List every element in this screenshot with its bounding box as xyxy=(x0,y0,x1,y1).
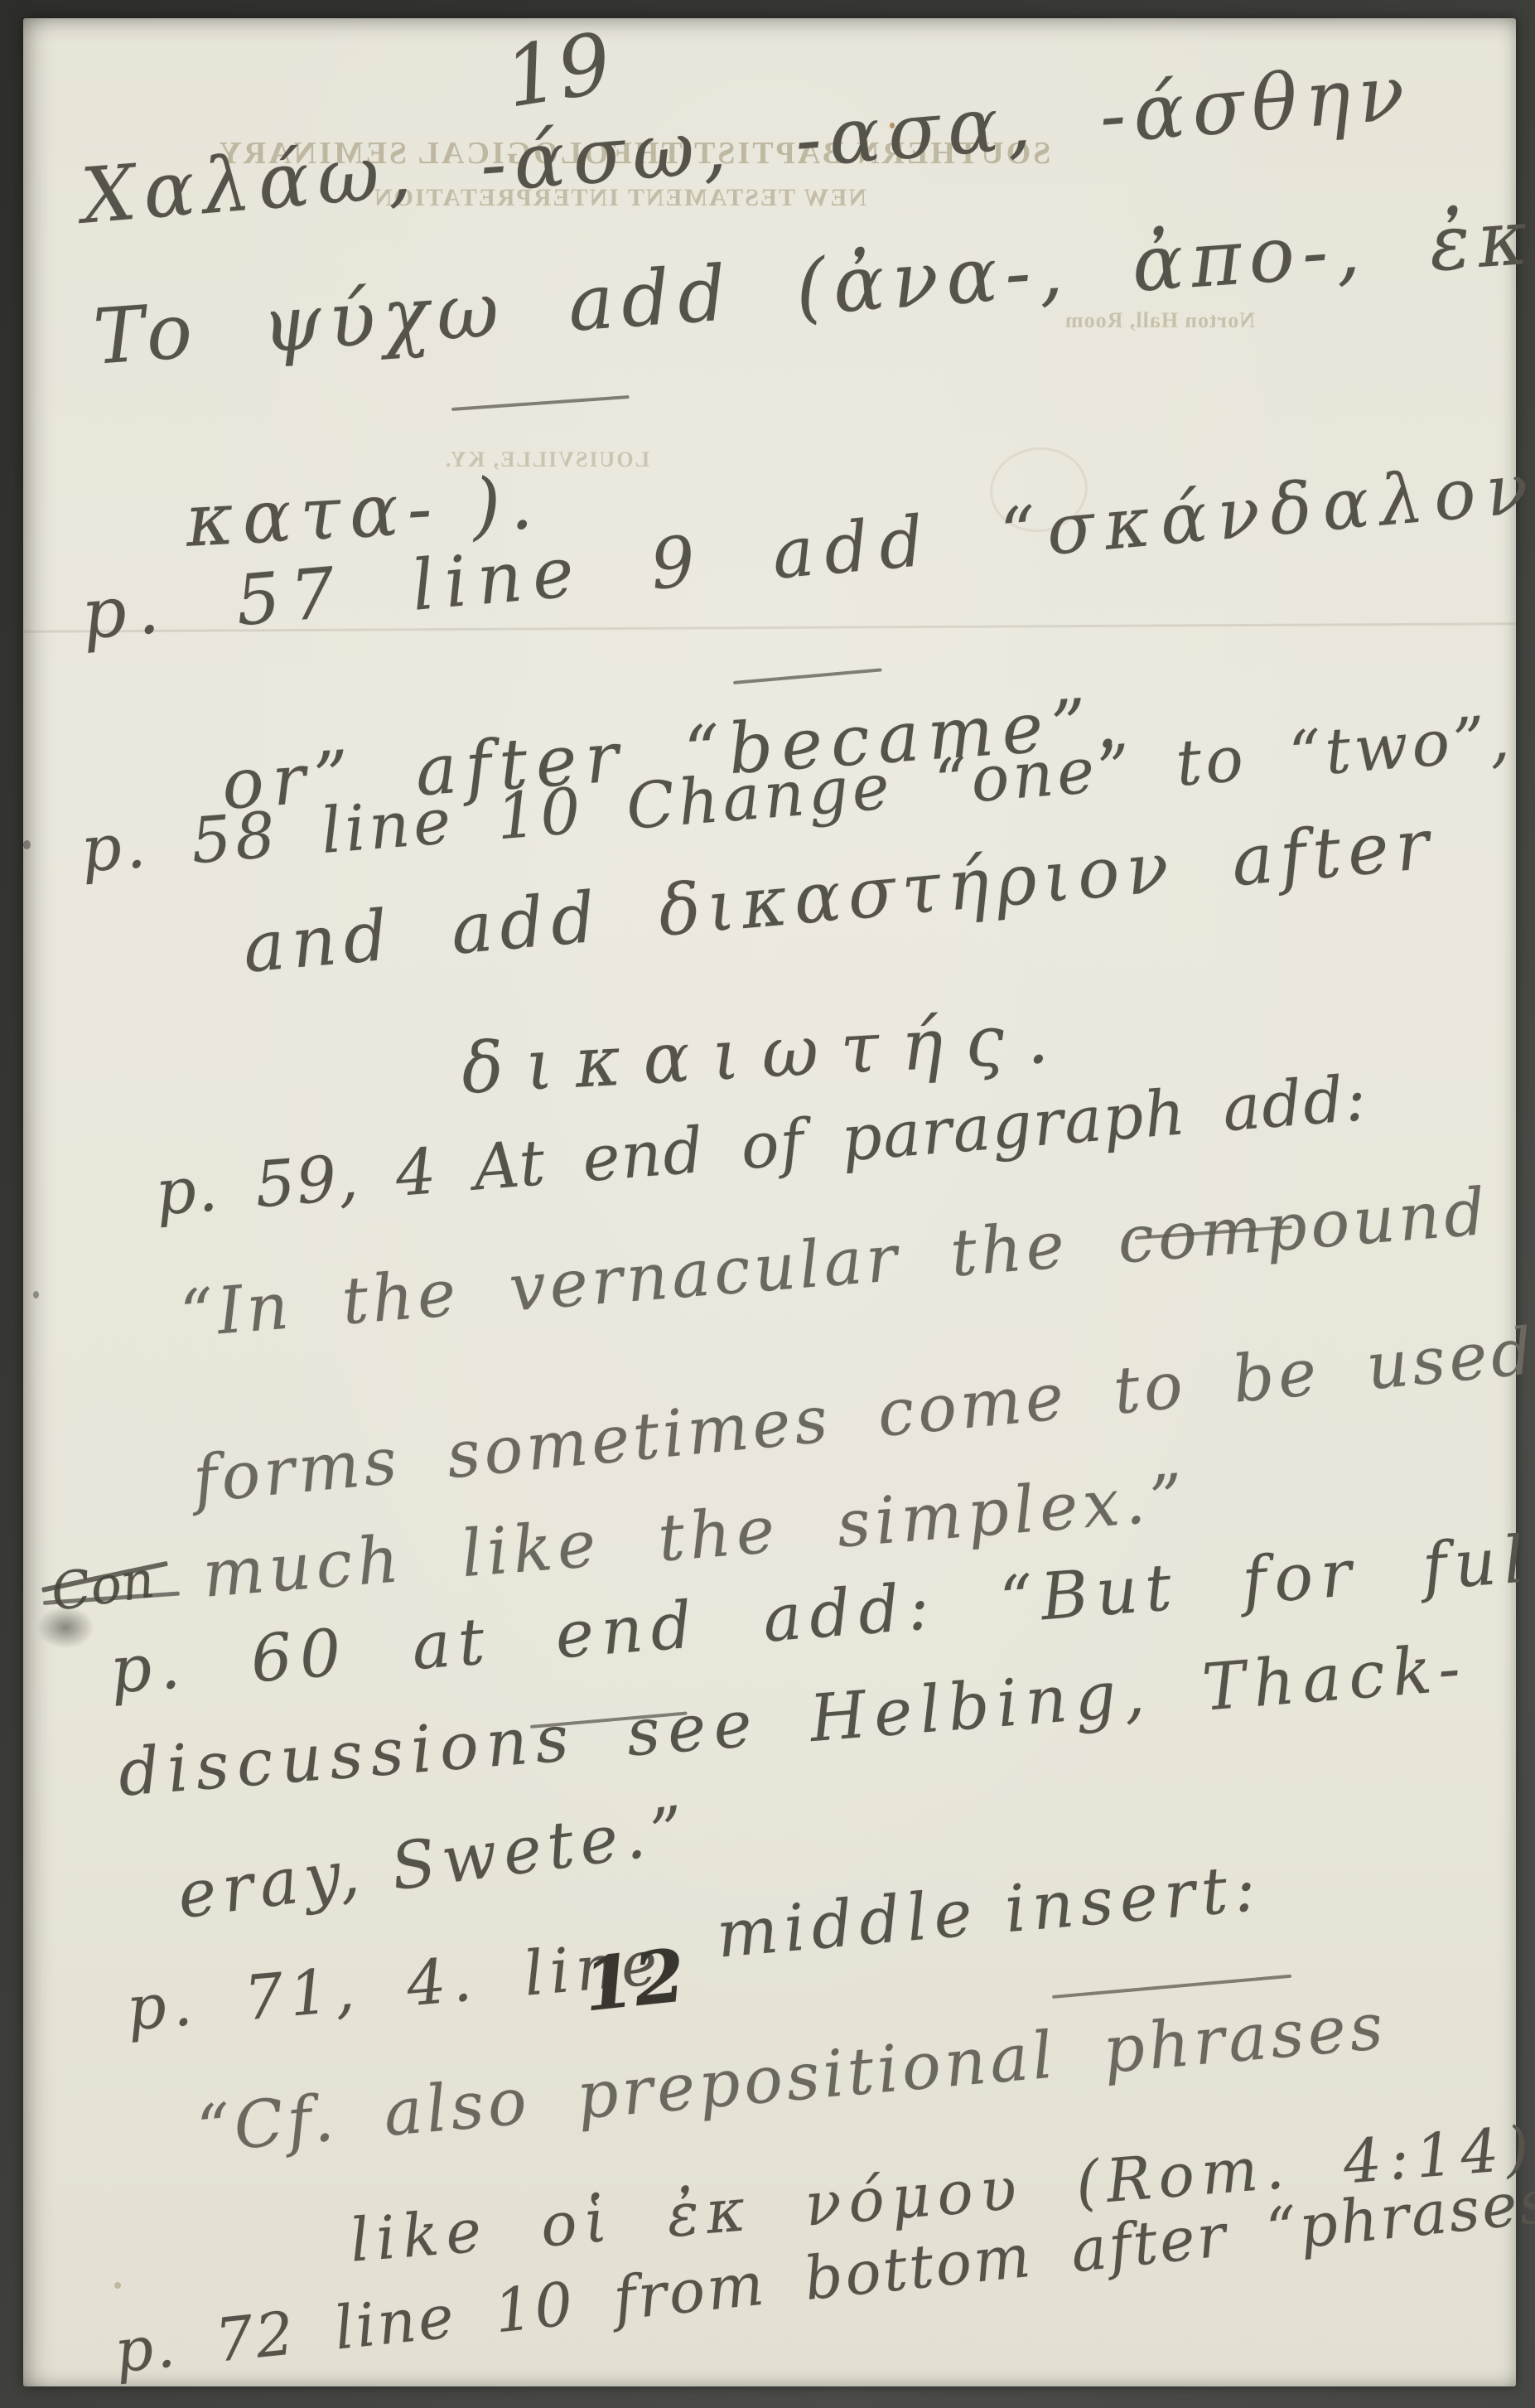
paper-fleck xyxy=(114,2282,121,2289)
margin-dot xyxy=(33,1291,39,1298)
margin-dot xyxy=(23,840,31,849)
handwritten-line-number-12: 12 xyxy=(580,1938,688,2021)
page-number: 19 xyxy=(500,22,616,120)
scanned-manuscript-screenshot: { "document": { "kind": "handwritten cor… xyxy=(0,0,1535,2408)
pencil-smudge xyxy=(36,1606,94,1649)
